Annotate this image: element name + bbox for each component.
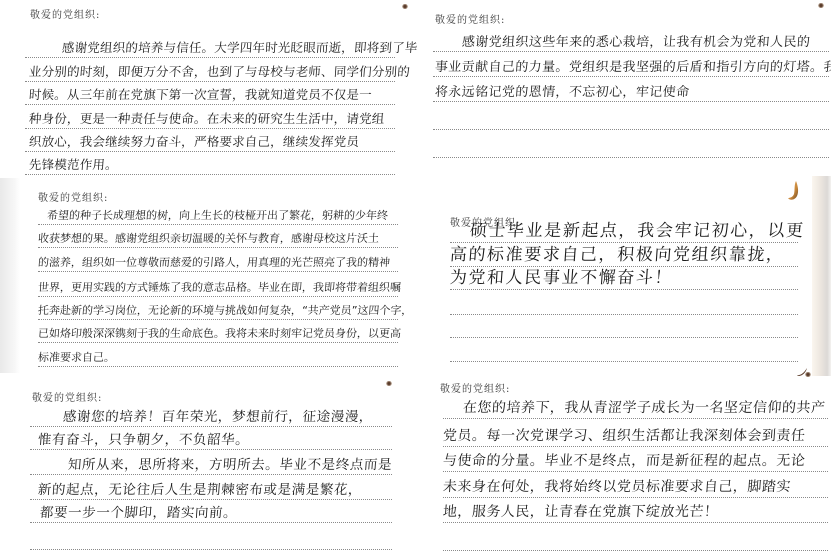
handwritten-text: 将永远铭记党的恩情，不忘初心，牢记使命 [434, 81, 690, 100]
handwritten-text: 织放心，我会继续努力奋斗，严格要求自己，继续发挥党员 [28, 132, 359, 150]
note-line: 世界，更用实践的方式锤炼了我的意志品格。毕业在即，我即将带着组织嘱 [38, 275, 398, 297]
note-line-blank [433, 136, 829, 158]
handwritten-text: 硕士毕业是新起点，我会牢记初心，以更 [469, 216, 806, 241]
handwritten-text: 感谢党组织的培养与信任。大学四年时光眨眼而逝，即将到了毕 [61, 38, 418, 56]
decorative-dot-icon [386, 381, 392, 386]
handwritten-text: 党员。每一次党课学习、组织生活都让我深刻体会到责任 [442, 425, 806, 445]
note-card-1: 敬爱的党组织: 感谢党组织的培养与信任。大学四年时光眨眼而逝，即将到了毕 业分别… [0, 0, 415, 178]
handwritten-text: 标准要求自己。 [37, 349, 115, 365]
handwritten-text: 事业贡献自己的力量。党组织是我坚强的后盾和指引方向的灯塔。我 [434, 56, 831, 75]
note-line: 新的起点，无论往后人生是荆棘密布或是满是繁花， [30, 478, 392, 500]
note-card-6: 敬爱的党组织: 在您的培养下，我从青涩学子成长为一名坚定信仰的共产 党员。每一次… [420, 376, 831, 554]
note-line: 惟有奋斗，只争朝夕，不负韶华。 [30, 428, 392, 450]
note-line: 织放心，我会继续努力奋斗，严格要求自己，继续发挥党员 [25, 130, 395, 152]
decorative-dot-icon [818, 3, 824, 8]
note-salutation: 敬爱的党组织: [440, 380, 510, 395]
note-salutation: 敬爱的党组织: [38, 189, 108, 204]
handwritten-text: 与使命的分量。毕业不是终点，而是新征程的起点。无论 [442, 450, 806, 470]
note-line: 与使命的分量。毕业不是终点，而是新征程的起点。无论 [443, 450, 828, 472]
note-line: 党员。每一次党课学习、组织生活都让我深刻体会到责任 [443, 425, 828, 447]
note-line: 都要一步一个脚印，踏实向前。 [30, 501, 392, 523]
note-card-2: 敬爱的党组织: 感谢党组织这些年来的悉心栽培，让我有机会为党和人民的 事业贡献自… [420, 0, 831, 170]
page-shadow-left [0, 178, 20, 373]
note-line-blank [450, 316, 798, 338]
note-card-5: 敬爱的党组织: 感谢您的培养！百年荣光，梦想前行，征途漫漫， 惟有奋斗，只争朝夕… [20, 375, 412, 554]
note-salutation: 敬爱的党组织: [32, 389, 102, 404]
handwritten-text: 为党和人民事业不懈奋斗！ [449, 263, 674, 288]
handwritten-text: 知所从来，思所将来，方明所去。毕业不是终点而是 [67, 453, 393, 473]
note-salutation: 敬爱的党组织: [435, 11, 505, 26]
note-line: 感谢党组织的培养与信任。大学四年时光眨眼而逝，即将到了毕 [25, 36, 395, 58]
note-line: 未来身在何处，我将始终以党员标准要求自己，脚踏实 [443, 476, 828, 498]
note-line: 先锋模范作用。 [25, 153, 395, 175]
note-line: 知所从来，思所将来，方明所去。毕业不是终点而是 [30, 453, 392, 475]
handwritten-text: 地，服务人民，让青春在党旗下绽放光芒！ [442, 501, 719, 521]
handwritten-text: 世界，更用实践的方式锤炼了我的意志品格。毕业在即，我即将带着组织嘱 [37, 279, 401, 295]
handwritten-text: 种身份，更是一种责任与使命。在未来的研究生生活中，请党组 [28, 109, 385, 127]
note-line: 已如烙印般深深镌刻于我的生命底色。我将未来时刻牢记党员身份，以更高 [38, 321, 398, 343]
handwritten-text: 业分别的时刻，即便万分不舍，也到了与母校与老师、同学们分别的 [28, 62, 410, 80]
handwritten-text: 未来身在何处，我将始终以党员标准要求自己，脚踏实 [442, 476, 791, 496]
note-line: 标准要求自己。 [38, 345, 398, 367]
handwritten-text: 的滋养，组织如一位尊敬而慈爱的引路人，用真理的光芒照亮了我的精神 [37, 254, 390, 270]
note-line: 将永远铭记党的恩情，不忘初心，牢记使命 [433, 80, 829, 102]
handwritten-text: 希望的种子长成理想的树，向上生长的枝桠开出了繁花，躬耕的少年终 [46, 207, 388, 223]
note-line: 收获梦想的果。感谢党组织亲切温暖的关怀与教育，感谢母校这片沃土 [38, 226, 398, 248]
handwritten-text: 感谢党组织这些年来的悉心栽培，让我有机会为党和人民的 [461, 31, 811, 50]
note-line: 种身份，更是一种责任与使命。在未来的研究生生活中，请党组 [25, 107, 395, 129]
note-line-blank [433, 108, 829, 130]
handwritten-text: 已如烙印般深深镌刻于我的生命底色。我将未来时刻牢记党员身份，以更高 [37, 325, 401, 341]
decorative-dot-icon [402, 4, 408, 9]
note-line: 托奔赴新的学习岗位，无论新的环境与挑战如何复杂，“共产党员”这四个字， [38, 298, 398, 320]
note-line: 业分别的时刻，即便万分不舍，也到了与母校与老师、同学们分别的 [25, 60, 395, 82]
handwritten-text: 先锋模范作用。 [28, 155, 118, 173]
note-line-blank [30, 528, 392, 550]
note-line: 的滋养，组织如一位尊敬而慈爱的引路人，用真理的光芒照亮了我的精神 [38, 250, 398, 272]
note-line: 感谢您的培养！百年荣光，梦想前行，征途漫漫， [30, 405, 392, 427]
note-line: 地，服务人民，让青春在党旗下绽放光芒！ [443, 501, 828, 523]
note-line: 为党和人民事业不懈奋斗！ [450, 268, 798, 290]
ribbon-curl-icon [786, 180, 802, 202]
handwritten-text: 高的标准要求自己，积极向党组织靠拢， [449, 240, 786, 265]
note-line: 在您的培养下，我从青涩学子成长为一名坚定信仰的共产 [443, 397, 828, 419]
note-line-blank [450, 340, 798, 362]
handwritten-text: 新的起点，无论往后人生是荆棘密布或是满是繁花， [37, 478, 363, 498]
decorative-dot-icon [805, 372, 811, 377]
note-line: 感谢党组织这些年来的悉心栽培，让我有机会为党和人民的 [433, 30, 829, 52]
page-shadow-right [812, 176, 831, 376]
note-line-blank [443, 529, 828, 551]
handwritten-text: 收获梦想的果。感谢党组织亲切温暖的关怀与教育，感谢母校这片沃土 [37, 230, 379, 246]
handwritten-text: 感谢您的培养！百年荣光，梦想前行，征途漫漫， [62, 405, 374, 425]
note-salutation: 敬爱的党组织: [30, 6, 100, 21]
handwritten-text: 惟有奋斗，只争朝夕，不负韶华。 [37, 428, 250, 448]
handwritten-text: 托奔赴新的学习岗位，无论新的环境与挑战如何复杂，“共产党员”这四个字， [37, 302, 413, 318]
note-line: 希望的种子长成理想的树，向上生长的枝桠开出了繁花，躬耕的少年终 [38, 203, 398, 225]
note-line: 时候。从三年前在党旗下第一次宣誓，我就知道党员不仅是一 [25, 83, 395, 105]
note-line: 事业贡献自己的力量。党组织是我坚强的后盾和指引方向的灯塔。我 [433, 55, 829, 77]
handwritten-text: 在您的培养下，我从青涩学子成长为一名坚定信仰的共产 [462, 397, 826, 417]
note-card-4: 敬爱的党组织: 硕士毕业是新起点，我会牢记初心，以更 高的标准要求自己，积极向党… [420, 176, 812, 374]
note-line-blank [450, 293, 798, 315]
note-card-3: 敬爱的党组织: 希望的种子长成理想的树，向上生长的枝桠开出了繁花，躬耕的少年终 … [20, 180, 412, 372]
handwritten-text: 时候。从三年前在党旗下第一次宣誓，我就知道党员不仅是一 [28, 85, 372, 103]
handwritten-text: 都要一步一个脚印，踏实向前。 [39, 501, 238, 521]
